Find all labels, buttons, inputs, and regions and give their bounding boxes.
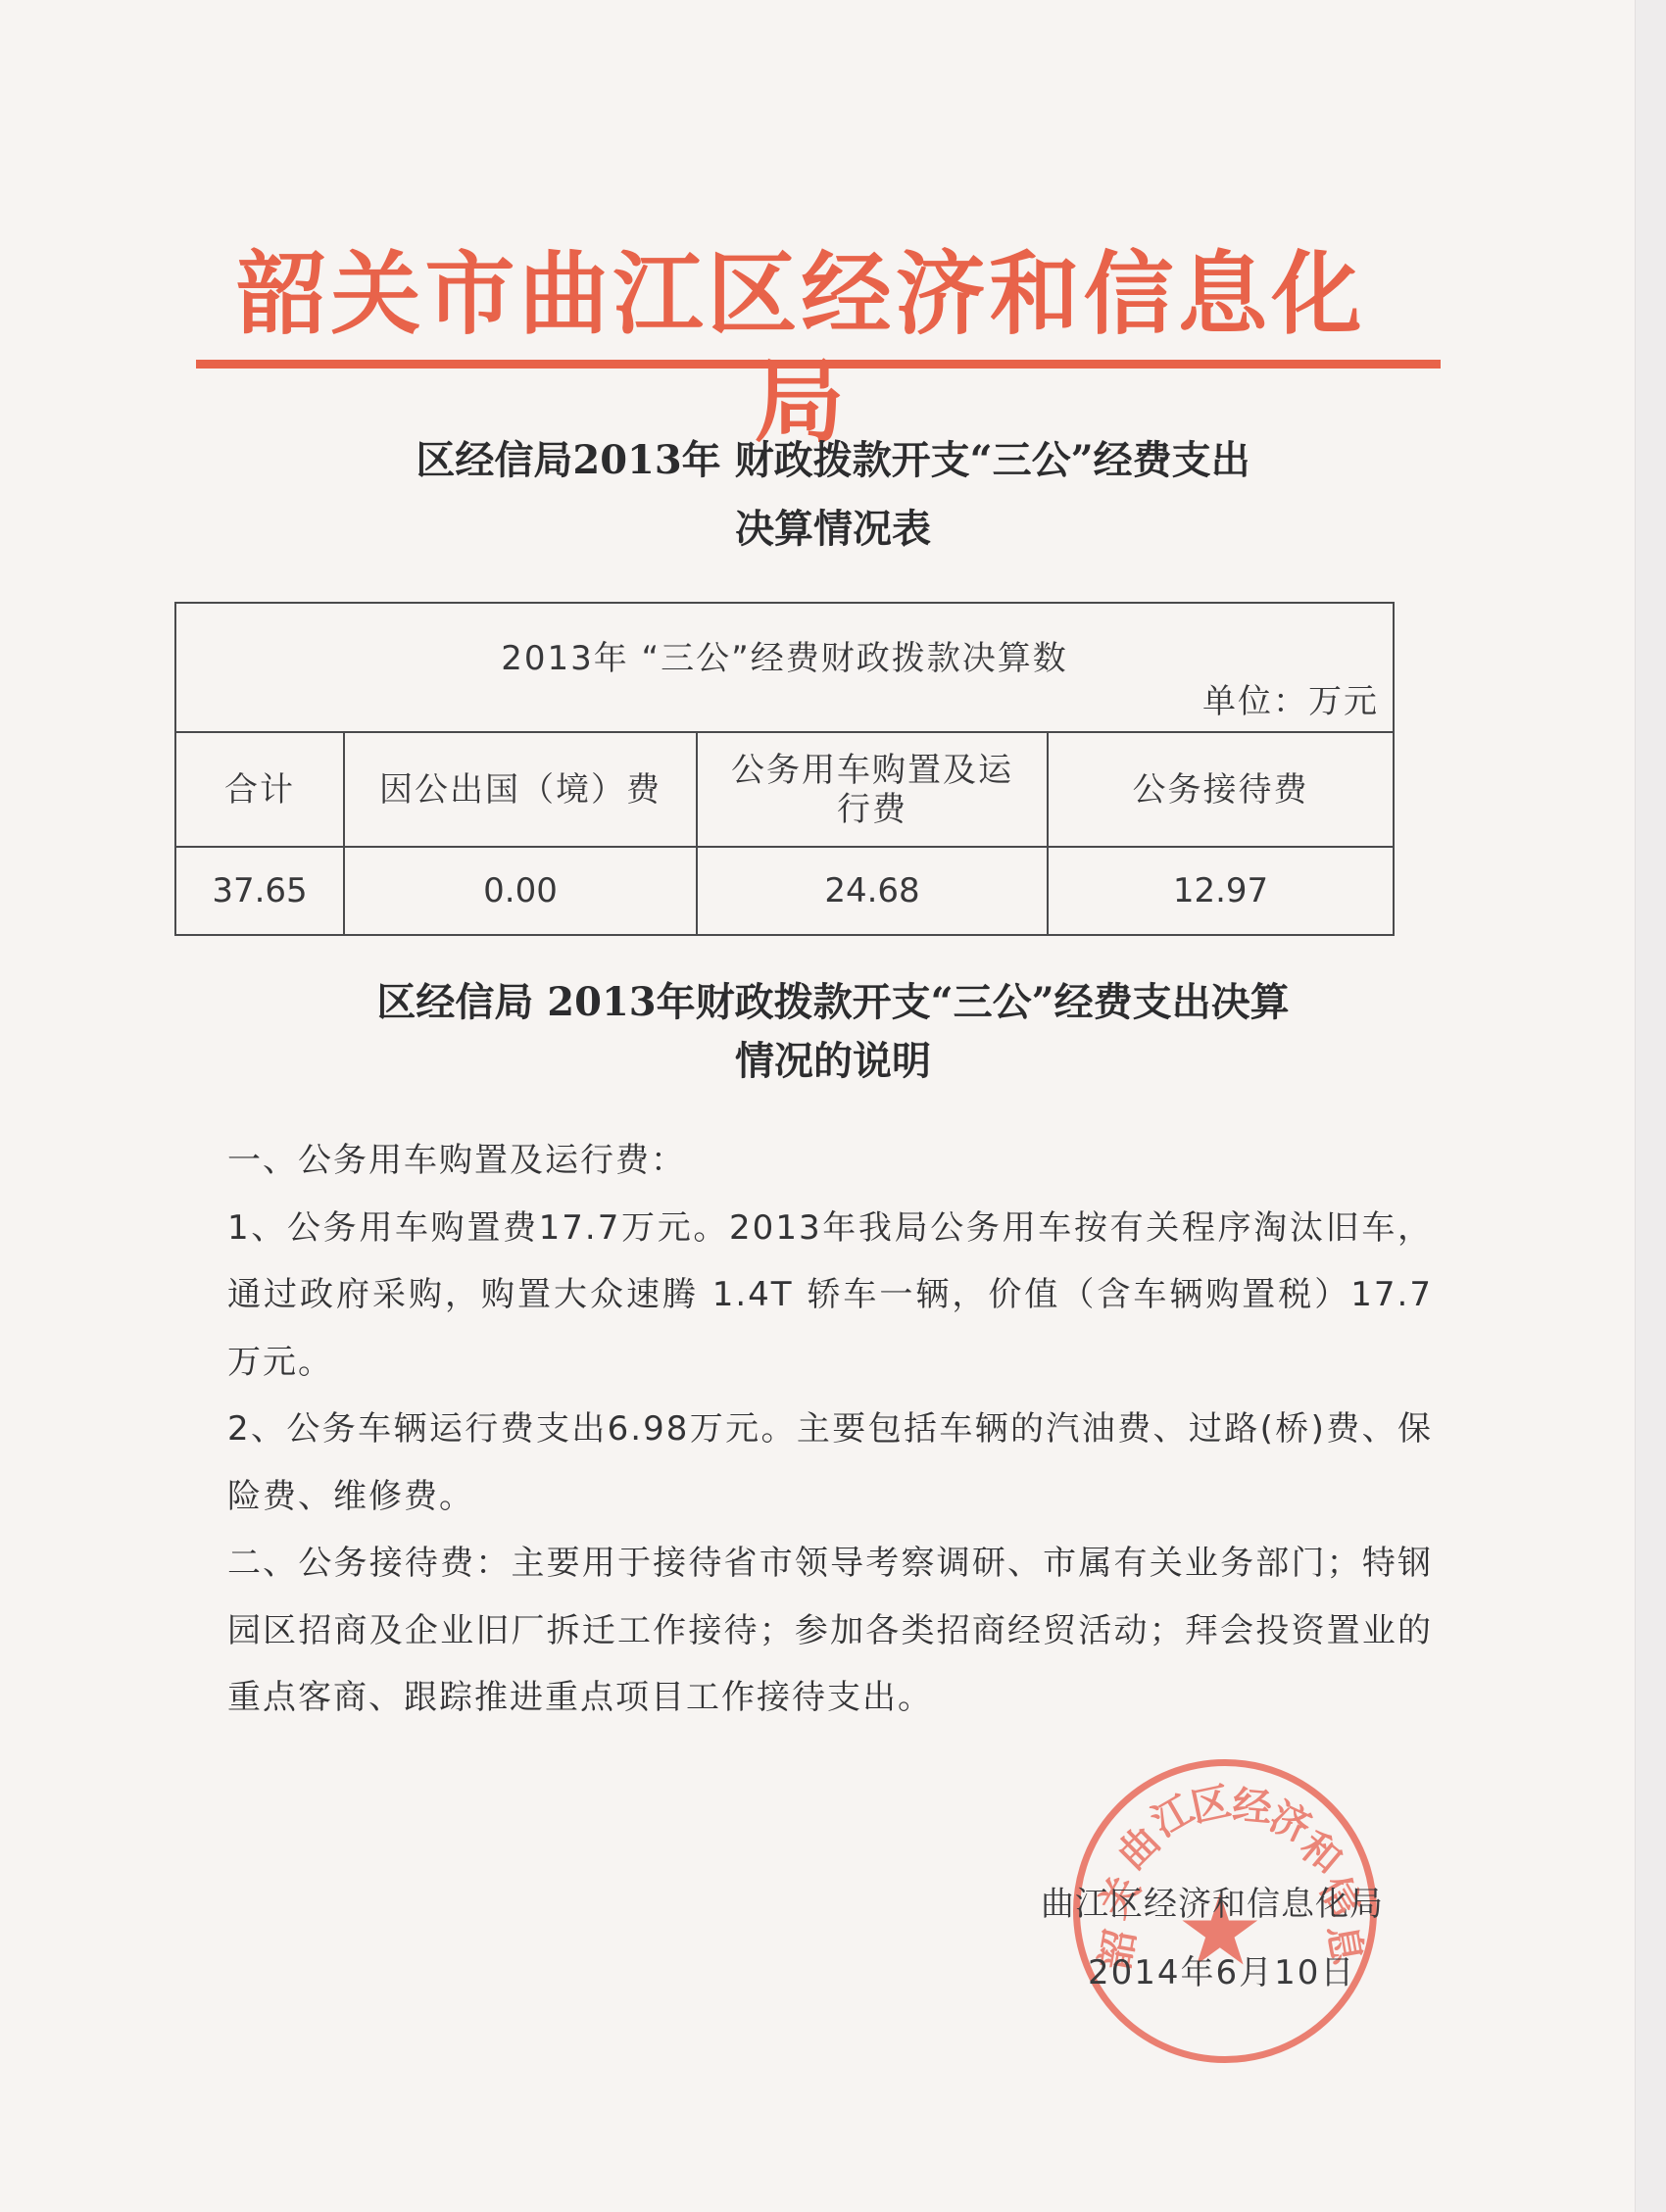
table-caption: 2013年 “三公”经费财政拨款决算数 [176,631,1393,679]
letterhead-rule [196,360,1441,369]
table-title-line1: 区经信局2013年 财政拨款开支“三公”经费支出 [147,431,1519,490]
page-edge [1635,0,1666,2212]
table-caption-cell: 2013年 “三公”经费财政拨款决算数 单位：万元 [175,603,1394,732]
expense-table: 2013年 “三公”经费财政拨款决算数 单位：万元 合计 因公出国（境）费 公务… [174,602,1395,936]
explanation-title-line1: 区经信局 2013年财政拨款开支“三公”经费支出决算 [196,973,1470,1032]
explanation-title-line2: 情况的说明 [196,1032,1470,1091]
paragraph-reception: 二、公务接待费：主要用于接待省市领导考察调研、市属有关业务部门；特钢园区招商及企… [227,1530,1433,1732]
explanation-body: 一、公务用车购置及运行费： 1、公务用车购置费17.7万元。2013年我局公务用… [227,1127,1433,1732]
table-title-line2: 决算情况表 [147,500,1519,559]
paragraph-vehicle-operation: 2、公务车辆运行费支出6.98万元。主要包括车辆的汽油费、过路(桥)费、保险费、… [227,1396,1433,1530]
table-unit: 单位：万元 [1202,674,1379,722]
header-total: 合计 [175,732,344,847]
paragraph-vehicle-purchase: 1、公务用车购置费17.7万元。2013年我局公务用车按有关程序淘汰旧车，通过政… [227,1195,1433,1397]
paragraph-vehicle-heading: 一、公务用车购置及运行费： [227,1127,1433,1195]
value-total: 37.65 [175,847,344,935]
table-row: 37.65 0.00 24.68 12.97 [175,847,1394,935]
signature-org: 曲江区经济和信息化局 [1041,1877,1384,1925]
letterhead-title: 韶关市曲江区经济和信息化局 [191,240,1411,456]
header-overseas: 因公出国（境）费 [344,732,697,847]
value-vehicle: 24.68 [697,847,1048,935]
value-overseas: 0.00 [344,847,697,935]
signature-date: 2014年6月10日 [1088,1945,1355,1993]
header-reception: 公务接待费 [1048,732,1394,847]
value-reception: 12.97 [1048,847,1394,935]
header-vehicle: 公务用车购置及运行费 [697,732,1048,847]
table-header-row: 合计 因公出国（境）费 公务用车购置及运行费 公务接待费 [175,732,1394,847]
